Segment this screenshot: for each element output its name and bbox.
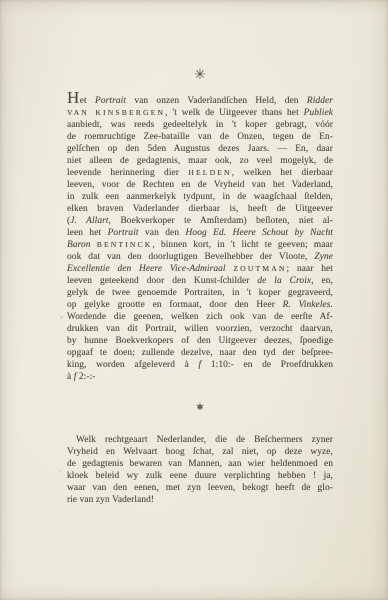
text-run: Zyne <box>314 252 333 262</box>
text-line: gelyk de twee genoemde Portraiten, in 't… <box>67 287 333 299</box>
text-line: (J. Allart, Boekverkoper te Amſterdam) b… <box>67 215 333 227</box>
text-run: et <box>80 96 95 106</box>
announcement-paragraph: Het Portrait van onzen Vaderlandſchen He… <box>67 95 333 383</box>
text-run: leeven geteekend door den Kunst-ſchilder <box>67 276 257 286</box>
text-run: ; naar het <box>287 264 333 274</box>
text-line: gelſchen op den 5den Augustus dezes Jaar… <box>67 143 333 155</box>
paper-smudge: ʼ <box>59 470 61 478</box>
text-run: leeven, voor de Rechten en de Vryheid va… <box>67 180 333 190</box>
text-line: Vryheid en Welvaart hoog ſchat, zal niet… <box>67 446 333 458</box>
text-run: Portrait <box>108 228 139 238</box>
text-line: niet alleen de gedagtenis, maar ook, zo … <box>67 155 333 167</box>
section-divider-asterisk-icon: ✱ <box>67 404 333 413</box>
text-line: Baron BENTINCK, binnen kort, in 't licht… <box>67 239 333 251</box>
text-line: VAN KINSBERGEN, 't welk de Uitgeever tha… <box>67 107 333 119</box>
paper-smudge: * <box>60 315 64 323</box>
text-line: by hunne Boekverkopers of den Uitgeever … <box>67 335 333 347</box>
text-run: kloek beleid wy zulk eene duure verplich… <box>67 471 333 481</box>
text-run: , 't welk de Uitgeever thans het <box>165 108 304 118</box>
text-line: Excellentie den Heere Vice-Admiraal ZOUT… <box>67 263 333 275</box>
text-run: Welk rechtgeaart Nederlander, die de Beſ… <box>76 435 333 445</box>
text-run: aanbiedt, was reeds gedeeltelyk in 't ko… <box>67 120 333 130</box>
text-line: rie van zyn Vaderland! <box>67 494 333 506</box>
text-line: kloek beleid wy zulk eene duure verplich… <box>67 470 333 482</box>
text-line: leevende herinnering dier HELDEN, welken… <box>67 167 333 179</box>
text-run: VAN KINSBERGEN <box>67 108 165 117</box>
text-run: elken braven Vaderlander dierbaar is, he… <box>67 204 333 214</box>
text-run: Portrait <box>95 96 126 106</box>
text-line: Wordende die geenen, welken zich ook van… <box>67 311 333 323</box>
text-line: à f 2:-:- <box>67 371 333 383</box>
text-line: ook dat van den doorlugtigen Bevelhebber… <box>67 251 333 263</box>
text-run: leevende herinnering dier <box>67 168 188 178</box>
closing-paragraph: Welk rechtgeaart Nederlander, die de Beſ… <box>67 434 333 506</box>
text-run: BENTINCK <box>97 240 153 249</box>
text-run: , en, <box>311 276 333 286</box>
text-line: de roemruchtige Zee-bataille van de Onze… <box>67 131 333 143</box>
text-line: Welk rechtgeaart Nederlander, die de Beſ… <box>67 434 333 446</box>
text-run: HELDEN <box>188 168 231 177</box>
text-line: drukken van dit Portrait, willen voorzie… <box>67 323 333 335</box>
text-run: Baron <box>67 240 91 250</box>
text-run: rie van zyn Vaderland! <box>67 495 154 505</box>
text-line: op gelyke grootte en formaat, door den H… <box>67 299 333 311</box>
text-run: van onzen Vaderlandſchen Held, den <box>126 96 307 106</box>
text-run: niet alleen de gedagtenis, maar ook, zo … <box>67 156 333 166</box>
text-line: leen het Portrait van den Hoog Ed. Heere… <box>67 227 333 239</box>
text-run: leen het <box>67 228 108 238</box>
text-run: Hoog Ed. Heere Schout by Nacht <box>186 228 333 238</box>
text-run: H <box>67 88 80 107</box>
text-run: de gedagtenis bewaren van Mannen, aan wi… <box>67 459 333 469</box>
text-run: , binnen kort, in 't licht te geeven; ma… <box>152 240 333 250</box>
text-run: de roemruchtige Zee-bataille van de Onze… <box>67 132 333 142</box>
text-run: 2:-:- <box>76 372 95 382</box>
text-run: in zulk een aanmerkelyk tydpunt, in de w… <box>67 192 333 202</box>
text-run: ook dat van den doorlugtigen Bevelhebber… <box>67 252 314 262</box>
text-run: Excellentie den Heere Vice-Admiraal <box>67 264 226 274</box>
text-line: aanbiedt, was reeds gedeeltelyk in 't ko… <box>67 119 333 131</box>
text-line: waar van den eenen, met zyn leeven, beko… <box>67 482 333 494</box>
text-line: in zulk een aanmerkelyk tydpunt, in de w… <box>67 191 333 203</box>
text-run: Ridder <box>307 96 333 106</box>
text-run: à <box>67 372 74 382</box>
text-run: gelſchen op den 5den Augustus dezes Jaar… <box>67 144 333 154</box>
top-asterisk-ornament-icon: ✳ <box>67 68 333 82</box>
text-line: Het Portrait van onzen Vaderlandſchen He… <box>67 95 333 107</box>
text-run: van den <box>139 228 186 238</box>
text-run: Publiek <box>304 108 333 118</box>
text-run: gelyk de twee genoemde Portraiten, in 't… <box>67 288 333 298</box>
text-line: elken braven Vaderlander dierbaar is, he… <box>67 203 333 215</box>
text-line: leeven, voor de Rechten en de Vryheid va… <box>67 179 333 191</box>
text-line: king, worden afgeleverd à f 1:10:- en de… <box>67 359 333 371</box>
text-run: Wordende die geenen, welken zich ook van… <box>67 312 333 322</box>
text-run: drukken van dit Portrait, willen voorzie… <box>67 324 333 334</box>
text-run: Vryheid en Welvaart hoog ſchat, zal niet… <box>67 447 333 457</box>
text-run: , welken het dierbaar <box>232 168 333 178</box>
text-line: de gedagtenis bewaren van Mannen, aan wi… <box>67 458 333 470</box>
text-run: R. Vinkeles. <box>283 300 333 310</box>
text-run: 1:10:- en de Proefdrukken <box>201 360 333 370</box>
text-run: by hunne Boekverkopers of den Uitgeever … <box>67 336 333 346</box>
text-run: , Boekverkoper te Amſterdam) beſloten, n… <box>109 216 333 226</box>
text-run: op gelyke grootte en formaat, door den H… <box>67 300 283 310</box>
text-line: opgaaf te doen; zullende dezelve, naar d… <box>67 347 333 359</box>
text-run: king, worden afgeleverd à <box>67 360 199 370</box>
text-run: ZOUTMAN <box>233 264 286 273</box>
text-run: de la Croix <box>257 276 311 286</box>
text-run: waar van den eenen, met zyn leeven, beko… <box>67 483 333 493</box>
text-run: opgaaf te doen; zullende dezelve, naar d… <box>67 348 333 358</box>
text-line: leeven geteekend door den Kunst-ſchilder… <box>67 275 333 287</box>
document-page: ✳ Het Portrait van onzen Vaderlandſchen … <box>0 0 388 600</box>
text-run: J. Allart <box>70 216 108 226</box>
